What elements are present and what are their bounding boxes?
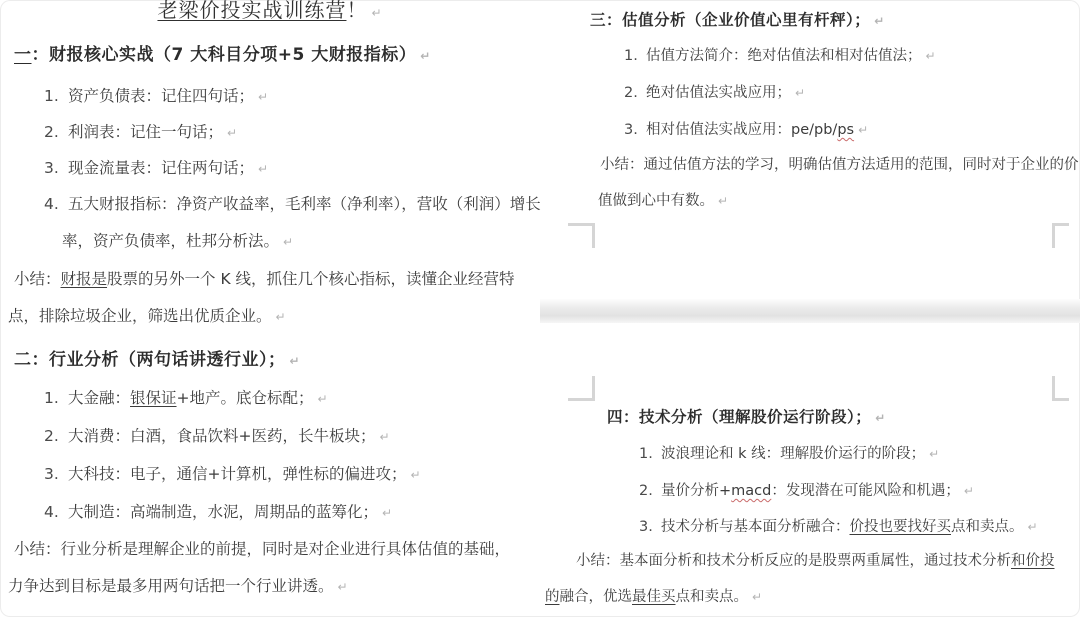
heading-number: 一: [14, 45, 32, 65]
item-text: 量价分析+: [661, 483, 731, 499]
list-item: 3.相对估值法实战应用：pe/pb/ps↵: [624, 120, 868, 140]
summary-line: 小结：财报是股票的另外一个 K 线，抓住几个核心指标，读懂企业经营特: [14, 269, 515, 289]
heading-text: 三：估值分析（企业价值心里有杆秤）；: [590, 11, 870, 29]
item-number: 1.: [639, 444, 661, 464]
item-text: 率，资产负债率，杜邦分析法。: [62, 232, 279, 250]
list-item: 1.资产负债表：记住四句话；↵: [44, 86, 268, 107]
section-2-heading: 二：行业分析（两句话讲透行业）；↵: [14, 350, 300, 371]
paragraph-return-icon: ↵: [926, 49, 936, 63]
page-break-separator: [540, 299, 1080, 323]
item-number: 3.: [44, 464, 68, 484]
section-1-heading: 一：财报核心实战（7 大科目分项+5 大财报指标）↵: [14, 45, 431, 66]
item-text: +地产。底仓标配；: [177, 389, 314, 407]
document-canvas: 老梁价投实战训练营！↵ 一：财报核心实战（7 大科目分项+5 大财报指标）↵ 1…: [0, 0, 1080, 617]
list-item: 1.估值方法简介：绝对估值法和相对估值法；↵: [624, 46, 936, 66]
list-item: 1.大金融：银保证+地产。底仓标配；↵: [44, 388, 328, 409]
underlined-text: 银保证: [130, 389, 177, 407]
summary-line: 点，排除垃圾企业，筛选出优质企业。↵: [8, 306, 286, 327]
item-text: 现金流量表：记住两句话；: [68, 159, 254, 177]
paragraph-return-icon: ↵: [875, 411, 886, 425]
spellcheck-word: macd: [731, 483, 771, 499]
item-text: 大科技：电子，通信+计算机，弹性标的偏进攻；: [68, 465, 407, 483]
summary-text: 小结：: [14, 270, 61, 288]
summary-text: 点和卖点。: [676, 589, 749, 605]
section-4-heading: 四：技术分析（理解股价运行阶段）；↵: [607, 407, 886, 428]
item-number: 1.: [44, 86, 68, 106]
doc-title-tail: ！: [346, 0, 367, 22]
item-number: 2.: [624, 83, 646, 103]
paragraph-return-icon: ↵: [276, 310, 286, 324]
paragraph-return-icon: ↵: [380, 430, 390, 444]
summary-text: 小结：通过估值方法的学习，明确估值方法适用的范围，同时对于企业的价: [600, 157, 1079, 173]
page-margin-corner-mark: [1052, 223, 1069, 248]
paragraph-return-icon: ↵: [858, 123, 868, 137]
list-item: 2.量价分析+macd：发现潜在可能风险和机遇；↵: [639, 481, 974, 501]
list-item: 2.绝对估值法实战应用；↵: [624, 83, 805, 103]
item-number: 1.: [44, 388, 68, 408]
list-item: 3.大科技：电子，通信+计算机，弹性标的偏进攻；↵: [44, 464, 421, 485]
list-item: 3.技术分析与基本面分析融合：价投也要找好买点和卖点。↵: [639, 517, 1038, 537]
spellcheck-word: ps: [837, 122, 854, 138]
section-3-heading: 三：估值分析（企业价值心里有杆秤）；↵: [590, 10, 885, 31]
item-text: ：发现潜在可能风险和机遇；: [771, 483, 960, 499]
item-text: 资产负债表：记住四句话；: [68, 87, 254, 105]
paragraph-return-icon: ↵: [318, 392, 328, 406]
item-text: 技术分析与基本面分析融合：: [661, 519, 850, 535]
item-number: 2.: [44, 426, 68, 446]
paragraph-return-icon: ↵: [1028, 520, 1038, 534]
paragraph-return-icon: ↵: [283, 235, 293, 249]
page-margin-corner-mark: [1052, 376, 1069, 401]
item-number: 4.: [44, 194, 68, 214]
paragraph-return-icon: ↵: [411, 468, 421, 482]
item-text: 点和卖点。: [951, 519, 1024, 535]
item-number: 1.: [624, 46, 646, 66]
paragraph-return-icon: ↵: [371, 6, 382, 20]
paragraph-return-icon: ↵: [258, 90, 268, 104]
underlined-text: 财报是: [61, 270, 108, 288]
item-text: 估值方法简介：绝对估值法和相对估值法；: [646, 48, 922, 64]
underlined-text: 的: [545, 589, 560, 605]
doc-title: 老梁价投实战训练营！↵: [0, 0, 540, 23]
paragraph-return-icon: ↵: [420, 49, 431, 63]
underlined-text: 和价投: [1011, 553, 1055, 569]
page-margin-corner-mark: [568, 223, 595, 248]
summary-text: 股票的另外一个 K 线，抓住几个核心指标，读懂企业经营特: [107, 270, 515, 288]
list-item: 4.五大财报指标：净资产收益率，毛利率（净利率），营收（利润）增长: [44, 194, 541, 214]
item-number: 2.: [639, 481, 661, 501]
heading-text: 四：技术分析（理解股价运行阶段）；: [607, 408, 871, 426]
summary-text: 值做到心中有数。: [598, 193, 714, 209]
paragraph-return-icon: ↵: [752, 590, 762, 604]
item-number: 3.: [624, 120, 646, 140]
list-item: 2.利润表：记住一句话；↵: [44, 122, 237, 143]
paragraph-return-icon: ↵: [964, 484, 974, 498]
summary-text: 融合，优选: [560, 589, 633, 605]
heading-text: ：财报核心实战（7 大科目分项+5 大财报指标）: [32, 45, 417, 65]
item-text: 利润表：记住一句话；: [68, 123, 223, 141]
item-text: 五大财报指标：净资产收益率，毛利率（净利率），营收（利润）增长: [68, 195, 541, 213]
summary-line: 力争达到目标是最多用两句话把一个行业讲透。↵: [8, 576, 348, 597]
list-item: 4.大制造：高端制造，水泥，周期品的蓝筹化；↵: [44, 502, 392, 523]
list-item: 1.波浪理论和 k 线：理解股价运行的阶段；↵: [639, 444, 939, 464]
summary-text: 力争达到目标是最多用两句话把一个行业讲透。: [8, 577, 334, 595]
summary-line: 值做到心中有数。↵: [598, 191, 728, 211]
heading-text: 二：行业分析（两句话讲透行业）；: [14, 350, 286, 370]
item-number: 3.: [639, 517, 661, 537]
summary-line: 小结：行业分析是理解企业的前提，同时是对企业进行具体估值的基础，: [14, 539, 510, 559]
list-item: 3.现金流量表：记住两句话；↵: [44, 158, 268, 179]
paragraph-return-icon: ↵: [382, 506, 392, 520]
list-item-continuation: 率，资产负债率，杜邦分析法。↵: [62, 231, 293, 252]
item-text: 相对估值法实战应用：pe/pb/: [646, 122, 837, 138]
item-text: 大消费：白酒，食品饮料+医药，长牛板块；: [68, 427, 376, 445]
paragraph-return-icon: ↵: [290, 354, 301, 368]
doc-title-text: 老梁价投实战训练营: [157, 0, 346, 22]
page-margin-corner-mark: [568, 376, 595, 401]
paragraph-return-icon: ↵: [227, 126, 237, 140]
paragraph-return-icon: ↵: [795, 86, 805, 100]
item-text: 绝对估值法实战应用；: [646, 85, 791, 101]
paragraph-return-icon: ↵: [718, 194, 728, 208]
item-text: 大金融：: [68, 389, 130, 407]
item-number: 4.: [44, 502, 68, 522]
summary-text: 小结：行业分析是理解企业的前提，同时是对企业进行具体估值的基础，: [14, 540, 510, 558]
paragraph-return-icon: ↵: [874, 14, 885, 28]
paragraph-return-icon: ↵: [258, 162, 268, 176]
summary-text: 点，排除垃圾企业，筛选出优质企业。: [8, 307, 272, 325]
summary-line: 的融合，优选最佳买点和卖点。↵: [545, 587, 762, 607]
item-number: 2.: [44, 122, 68, 142]
summary-line: 小结：基本面分析和技术分析反应的是股票两重属性，通过技术分析和价投: [576, 551, 1055, 571]
list-item: 2.大消费：白酒，食品饮料+医药，长牛板块；↵: [44, 426, 390, 447]
item-text: 大制造：高端制造，水泥，周期品的蓝筹化；: [68, 503, 378, 521]
paragraph-return-icon: ↵: [929, 447, 939, 461]
summary-line: 小结：通过估值方法的学习，明确估值方法适用的范围，同时对于企业的价: [600, 155, 1079, 175]
paragraph-return-icon: ↵: [338, 580, 348, 594]
item-text: 波浪理论和 k 线：理解股价运行的阶段；: [661, 446, 925, 462]
underlined-text: 价投也要找好买: [850, 519, 952, 535]
item-number: 3.: [44, 158, 68, 178]
underlined-text: 最佳买: [632, 589, 676, 605]
summary-text: 小结：基本面分析和技术分析反应的是股票两重属性，通过技术分析: [576, 553, 1011, 569]
